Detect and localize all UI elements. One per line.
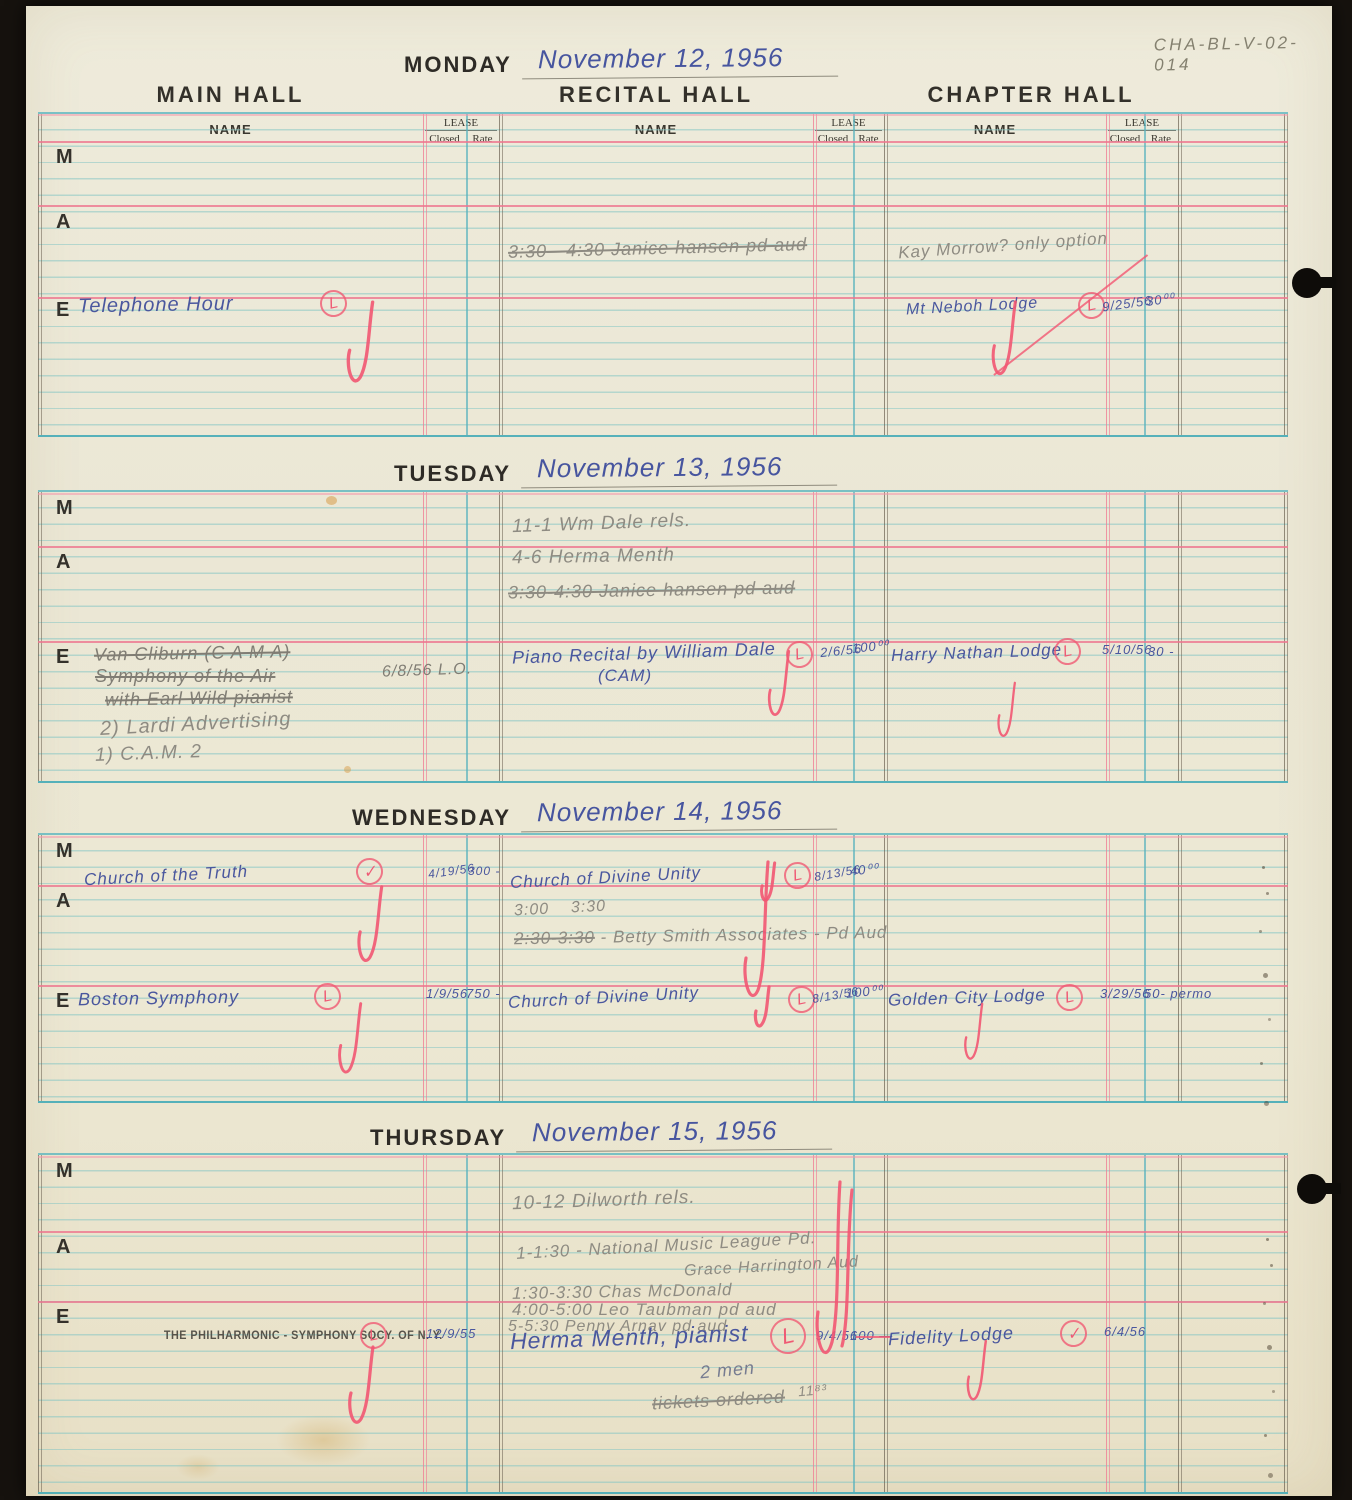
- row-label-m: M: [56, 840, 73, 863]
- row-label-a: A: [56, 1236, 70, 1259]
- paper-stain: [276, 1414, 371, 1466]
- entry-symphony-note: 6/8/56 L.O.: [382, 660, 473, 681]
- paper-stain: [326, 496, 337, 505]
- entry-leo-taubman: 4:00-5:00 Leo Taubman pd aud: [512, 1300, 777, 1320]
- hall-title-main: MAIN HALL: [38, 82, 423, 108]
- row-label-a: A: [56, 211, 70, 234]
- column-rule: [813, 492, 817, 781]
- hall-title-recital: RECITAL HALL: [499, 82, 813, 108]
- row-rule: [38, 141, 1288, 143]
- column-rule: [884, 1155, 888, 1492]
- column-rule: [38, 835, 42, 1101]
- ledger-grid-tuesday: [38, 490, 1288, 783]
- check-mark: [956, 1001, 988, 1065]
- row-label-a: A: [56, 551, 70, 574]
- lease-closed-date: 5/10/56: [1102, 642, 1152, 657]
- punch-hole: [1297, 1174, 1327, 1204]
- day-header-wednesday: WEDNESDAY November 14, 1956: [26, 783, 1332, 831]
- day-name: WEDNESDAY: [352, 805, 511, 831]
- ledger-grid-monday: [38, 112, 1288, 437]
- row-rule: [38, 493, 1288, 495]
- row-label-e: E: [56, 1306, 69, 1329]
- entry-symphony-of-the-air-cancelled: Symphony of the Air: [95, 666, 275, 687]
- day-date: November 13, 1956: [521, 451, 838, 489]
- check-mark: [796, 1176, 856, 1376]
- lease-rate: 30 -: [1148, 644, 1174, 659]
- day-date: November 14, 1956: [521, 795, 838, 833]
- entry-boston-symphony: Boston Symphony: [78, 987, 239, 1011]
- column-rule: [499, 114, 503, 435]
- column-rule: [1178, 1155, 1182, 1492]
- row-rule: [38, 1231, 1288, 1233]
- column-rule: [1178, 114, 1182, 435]
- ledger-page: CHA-BL-V-02-014 MONDAY November 12, 1956…: [26, 6, 1332, 1496]
- column-rule: [38, 114, 42, 435]
- column-rule: [1178, 492, 1182, 781]
- row-label-m: M: [56, 497, 73, 520]
- column-rule: [1144, 114, 1146, 435]
- column-rule: [1284, 1155, 1288, 1492]
- column-rule: [499, 492, 503, 781]
- entry-earl-wild-cancelled: with Earl Wild pianist: [105, 686, 293, 710]
- entry-telephone-hour: Telephone Hour: [78, 293, 234, 319]
- check-mark: [750, 983, 772, 1033]
- day-header-thursday: THURSDAY November 15, 1956: [26, 1103, 1332, 1151]
- ink-speckles: [1262, 866, 1265, 869]
- column-rule: [423, 835, 427, 1101]
- row-label-a: A: [56, 890, 70, 913]
- row-label-m: M: [56, 146, 73, 169]
- day-header-tuesday: TUESDAY November 13, 1956: [26, 437, 1332, 487]
- row-rule: [38, 885, 1288, 887]
- punch-hole: [1292, 268, 1322, 298]
- lease-closed-date: 1/9/56: [426, 986, 468, 1001]
- lease-rate: 50- permo: [1144, 986, 1212, 1001]
- day-name: TUESDAY: [394, 461, 511, 487]
- red-dash: [856, 1336, 890, 1338]
- check-mark: [350, 883, 386, 969]
- lease-closed-date: 6/4/56: [1104, 1324, 1146, 1339]
- day-header-monday: MONDAY November 12, 1956: [26, 30, 1332, 78]
- paper-stain: [176, 1454, 220, 1480]
- lease-closed-date: 12/9/55: [426, 1326, 476, 1341]
- column-rule: [1284, 835, 1288, 1101]
- column-rule: [1284, 492, 1288, 781]
- entry-cam-annotation: (CAM): [598, 666, 652, 686]
- row-rule: [38, 836, 1288, 838]
- column-rule: [1144, 835, 1146, 1101]
- entry-herma-menth-rehearsal: 4-6 Herma Menth: [512, 545, 675, 570]
- column-rule: [423, 114, 427, 435]
- row-rule: [38, 114, 1288, 116]
- column-rule: [853, 492, 855, 781]
- column-rule: [884, 114, 888, 435]
- day-name: MONDAY: [404, 52, 512, 78]
- check-mark: [760, 648, 794, 722]
- row-rule: [38, 205, 1288, 207]
- day-date: November 12, 1956: [522, 42, 839, 80]
- column-rule: [466, 492, 468, 781]
- column-rule: [38, 1155, 42, 1492]
- row-rule: [38, 1156, 1288, 1158]
- betty-smith-time: 2:30-3:30: [514, 928, 595, 948]
- lease-rate: 40⁰⁰: [849, 861, 879, 880]
- check-mark: [330, 1000, 366, 1080]
- check-mark: [338, 298, 378, 390]
- row-label-m: M: [56, 1160, 73, 1183]
- column-rule: [1284, 114, 1288, 435]
- check-mark: [990, 680, 1020, 742]
- entry-van-cliburn-cancelled: Van Cliburn (C A M A): [94, 641, 291, 665]
- ink-speckles: [1266, 1238, 1269, 1241]
- day-name: THURSDAY: [370, 1125, 506, 1151]
- column-rule: [466, 1155, 468, 1492]
- column-rule: [1178, 835, 1182, 1101]
- column-rule: [423, 1155, 427, 1492]
- row-label-e: E: [56, 990, 69, 1013]
- entry-philharmonic-stamp: THE PHILHARMONIC - SYMPHONY SOCY. OF N. …: [164, 1330, 443, 1342]
- lease-closed-date: 3/29/56: [1100, 986, 1150, 1001]
- entry-cam-2: 1) C.A.M. 2: [95, 741, 203, 767]
- column-rule: [423, 492, 427, 781]
- row-label-e: E: [56, 299, 69, 322]
- column-rule: [1106, 114, 1110, 435]
- column-rule: [1144, 492, 1146, 781]
- hall-title-chapter: CHAPTER HALL: [884, 82, 1178, 108]
- column-rule: [38, 492, 42, 781]
- row-label-e: E: [56, 646, 69, 669]
- lease-rate: 750 -: [466, 986, 501, 1001]
- column-rule: [813, 114, 817, 435]
- entry-tickets-note: 11⁸³: [797, 1381, 828, 1399]
- column-rule: [499, 1155, 503, 1492]
- lease-rate: 300 -: [468, 864, 500, 878]
- column-rule: [853, 114, 855, 435]
- column-rule: [1106, 492, 1110, 781]
- column-rule: [1106, 835, 1110, 1101]
- column-rule: [466, 114, 468, 435]
- check-mark: [960, 1338, 990, 1406]
- paper-stain: [344, 766, 351, 773]
- column-rule: [884, 835, 888, 1101]
- day-date: November 15, 1956: [516, 1115, 833, 1153]
